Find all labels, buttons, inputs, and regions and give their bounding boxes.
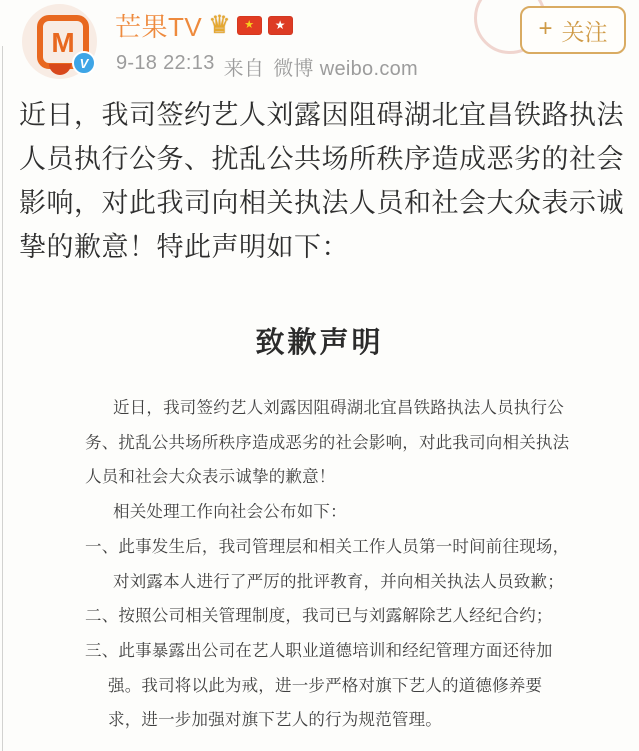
- statement-line: 二、按照公司相关管理制度，我司已与刘露解除艺人经纪合约；: [85, 599, 567, 634]
- verified-letter: V: [80, 56, 89, 71]
- post-text-line: 挚的歉意！特此声明如下：: [19, 225, 623, 269]
- statement-line: 求，进一步加强对旗下艺人的行为规范管理。: [85, 703, 567, 738]
- username-row: 芒果TV ♛ ★ ★: [115, 10, 293, 40]
- source-label: 来自: [224, 52, 265, 81]
- verified-badge-icon: V: [72, 51, 96, 75]
- statement-line: 三、此事暴露出公司在艺人职业道德培训和经纪管理方面还待加: [85, 634, 567, 669]
- statement-line: 近日，我司签约艺人刘露因阻碍湖北宜昌铁路执法人员执行公: [85, 391, 567, 426]
- hongkong-flag-icon: ★: [268, 16, 293, 35]
- statement-title: 致歉声明: [0, 320, 639, 361]
- plus-icon: +: [538, 17, 552, 41]
- statement-line: 一、此事发生后，我司管理层和相关工作人员第一时间前往现场，: [85, 530, 567, 565]
- statement-line: 相关处理工作向社会公布如下：: [85, 495, 567, 530]
- logo-mouth-shape: [49, 64, 71, 75]
- logo-letter: M: [51, 29, 74, 57]
- statement-line: 强。我司将以此为戒，进一步严格对旗下艺人的道德修养要: [85, 669, 567, 704]
- left-border-line: [2, 46, 3, 751]
- post-text-line: 人员执行公务、扰乱公共场所秩序造成恶劣的社会: [19, 137, 623, 181]
- post-text-line: 近日，我司签约艺人刘露因阻碍湖北宜昌铁路执法: [19, 93, 623, 137]
- china-flag-star: ★: [244, 20, 254, 31]
- follow-button-label: 关注: [562, 14, 608, 47]
- post-text-line: 影响，对此我司向相关执法人员和社会大众表示诚: [19, 181, 623, 225]
- crown-icon: ♛: [208, 13, 230, 38]
- weibo-post: M V 芒果TV ♛ ★ ★ 9-18 22:13 来自 微博 weibo.co…: [0, 0, 639, 751]
- statement-body[interactable]: 近日，我司签约艺人刘露因阻碍湖北宜昌铁路执法人员执行公 务、扰乱公共场所秩序造成…: [85, 391, 567, 738]
- source-link[interactable]: 微博 weibo.com: [273, 52, 418, 81]
- username[interactable]: 芒果TV: [115, 7, 202, 44]
- statement-line: 对刘露本人进行了严厉的批评教育，并向相关执法人员致歉；: [85, 565, 567, 600]
- statement-line: 人员和社会大众表示诚挚的歉意！: [85, 460, 567, 495]
- post-meta: 9-18 22:13 来自 微博 weibo.com: [116, 52, 418, 81]
- timestamp: 9-18 22:13: [116, 52, 215, 81]
- follow-button[interactable]: + 关注: [520, 6, 626, 54]
- china-flag-icon: ★: [237, 16, 262, 35]
- post-text: 近日，我司签约艺人刘露因阻碍湖北宜昌铁路执法 人员执行公务、扰乱公共场所秩序造成…: [19, 93, 623, 269]
- hongkong-flag-flower: ★: [275, 19, 286, 31]
- statement-line: 务、扰乱公共场所秩序造成恶劣的社会影响，对此我司向相关执法: [85, 426, 567, 461]
